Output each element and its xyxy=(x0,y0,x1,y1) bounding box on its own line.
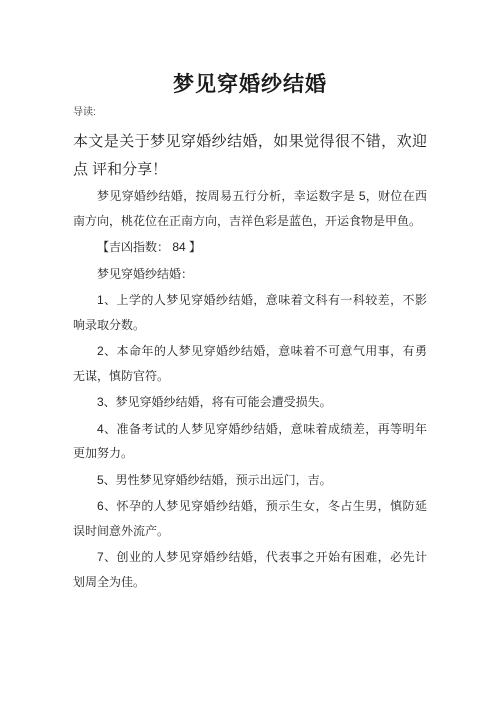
intro-text: 本文是关于梦见穿婚纱结婚，如果觉得很不错，欢迎点 评和分享！ xyxy=(73,128,427,184)
lead-label: 导读: xyxy=(73,106,427,120)
paragraph-item-2: 2、本命年的人梦见穿婚纱结婚，意味着不可意气用事，有勇无谋，慎防官符。 xyxy=(73,339,427,388)
paragraph-list-heading: 梦见穿婚纱结婚： xyxy=(73,262,427,287)
paragraph-luck-index: 【吉凶指数： 84 】 xyxy=(73,235,427,260)
paragraph-item-5: 5、男性梦见穿婚纱结婚，预示出远门，吉。 xyxy=(73,468,427,493)
page-title: 梦见穿婚纱结婚 xyxy=(73,70,427,100)
paragraph-item-7: 7、创业的人梦见穿婚纱结婚，代表事之开始有困难，必先计划周全为佳。 xyxy=(73,545,427,594)
paragraph-item-3: 3、梦见穿婚纱结婚，将有可能会遭受损失。 xyxy=(73,390,427,415)
paragraph-item-6: 6、怀孕的人梦见穿婚纱结婚，预示生女，冬占生男，慎防延误时间意外流产。 xyxy=(73,494,427,543)
paragraph-wuxing-analysis: 梦见穿婚纱结婚，按周易五行分析，幸运数字是 5，财位在西南方向，桃花位在正南方向… xyxy=(73,184,427,233)
paragraph-item-4: 4、准备考试的人梦见穿婚纱结婚，意味着成绩差，再等明年更加努力。 xyxy=(73,417,427,466)
paragraph-item-1: 1、上学的人梦见穿婚纱结婚，意味着文科有一科较差，不影响录取分数。 xyxy=(73,288,427,337)
document-page: 梦见穿婚纱结婚 导读: 本文是关于梦见穿婚纱结婚，如果觉得很不错，欢迎点 评和分… xyxy=(0,0,500,708)
